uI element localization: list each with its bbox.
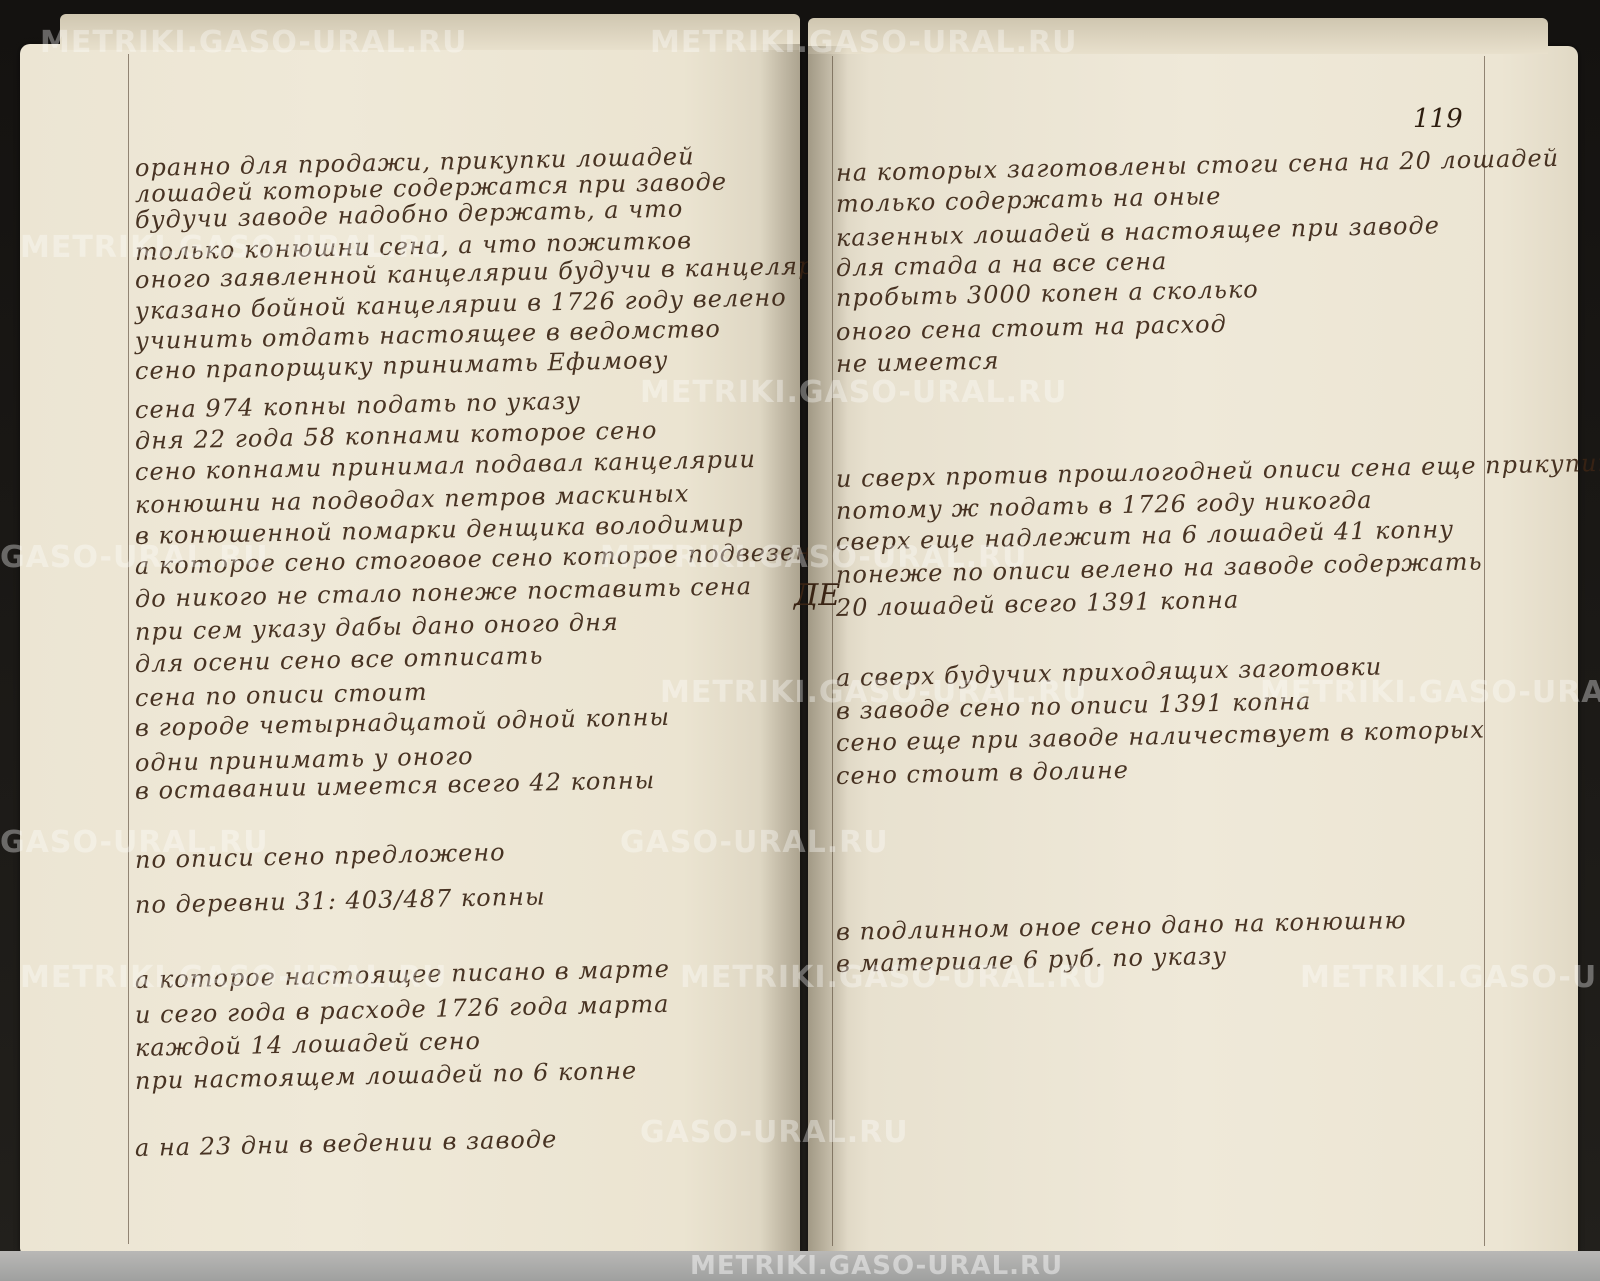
handwritten-line: сена 974 копны подать по указу xyxy=(135,389,581,422)
handwritten-line: при настоящем лошадей по 6 копне xyxy=(135,1058,638,1093)
handwritten-line: по описи сено предложено xyxy=(135,840,506,872)
handwritten-line: на которых заготовлены стоги сена на 20 … xyxy=(836,146,1560,185)
handwritten-line: при сем указу дабы дано оного дня xyxy=(135,610,619,644)
manuscript-scan: оранно для продажи, прикупки лошадейлоша… xyxy=(0,0,1600,1281)
handwritten-line: в материале 6 руб. по указу xyxy=(836,944,1228,976)
margin-note: ДЕ xyxy=(794,578,840,613)
handwritten-line: для осени сено все отписать xyxy=(135,643,544,676)
margin-rule xyxy=(128,54,129,1244)
folio-number: 119 xyxy=(1413,104,1463,134)
handwritten-line: сено стоит в долине xyxy=(836,758,1129,788)
handwritten-line: и сего года в расходе 1726 года марта xyxy=(135,992,670,1027)
handwritten-line: сена по описи стоит xyxy=(135,680,428,710)
gutter-shadow xyxy=(760,44,800,1254)
watermark: METRIKI.GASO-URAL.RU xyxy=(690,1251,1063,1281)
page-top-edge xyxy=(60,14,800,50)
handwritten-line: для стада а на все сена xyxy=(836,249,1168,280)
handwritten-line: по деревни 31: 403/487 копны xyxy=(135,884,546,917)
handwritten-line: и сверх против прошлогодней описи сена е… xyxy=(836,450,1600,491)
right-page: 119 на которых заготовлены стоги сена на… xyxy=(808,46,1578,1256)
handwritten-line: 20 лошадей всего 1391 копна xyxy=(836,588,1240,620)
handwritten-line: понеже по описи велено на заводе содержа… xyxy=(836,549,1483,587)
left-page: оранно для продажи, прикупки лошадейлоша… xyxy=(20,44,800,1254)
handwritten-line: а которое настоящее писано в марте xyxy=(135,957,670,992)
handwritten-line: в подлинном оное сено дано на конюшню xyxy=(836,908,1407,944)
page-top-edge xyxy=(808,18,1548,54)
handwritten-line: каждой 14 лошадей сено xyxy=(135,1029,481,1060)
book-spread: оранно для продажи, прикупки лошадейлоша… xyxy=(8,6,1598,1250)
margin-rule-right xyxy=(1484,56,1485,1246)
handwritten-line: в заводе сено по описи 1391 копна xyxy=(836,689,1312,723)
handwritten-line: не имеется xyxy=(836,349,1000,376)
bottom-strip: METRIKI.GASO-URAL.RU xyxy=(0,1251,1600,1281)
handwritten-line: только содержать на оные xyxy=(836,184,1222,216)
handwritten-line: а сверх будучих приходящих заготовки xyxy=(836,655,1383,690)
handwritten-line: оного сена стоит на расход xyxy=(836,312,1227,344)
handwritten-line: пробыть 3000 копен а сколько xyxy=(836,277,1259,310)
handwritten-line: сено еще при заводе наличествует в котор… xyxy=(836,717,1485,755)
handwritten-line: казенных лошадей в настоящее при заводе xyxy=(836,213,1440,250)
handwritten-line: а на 23 дни в ведении в заводе xyxy=(135,1127,558,1160)
handwritten-line: до никого не стало понеже поставить сена xyxy=(135,574,753,611)
